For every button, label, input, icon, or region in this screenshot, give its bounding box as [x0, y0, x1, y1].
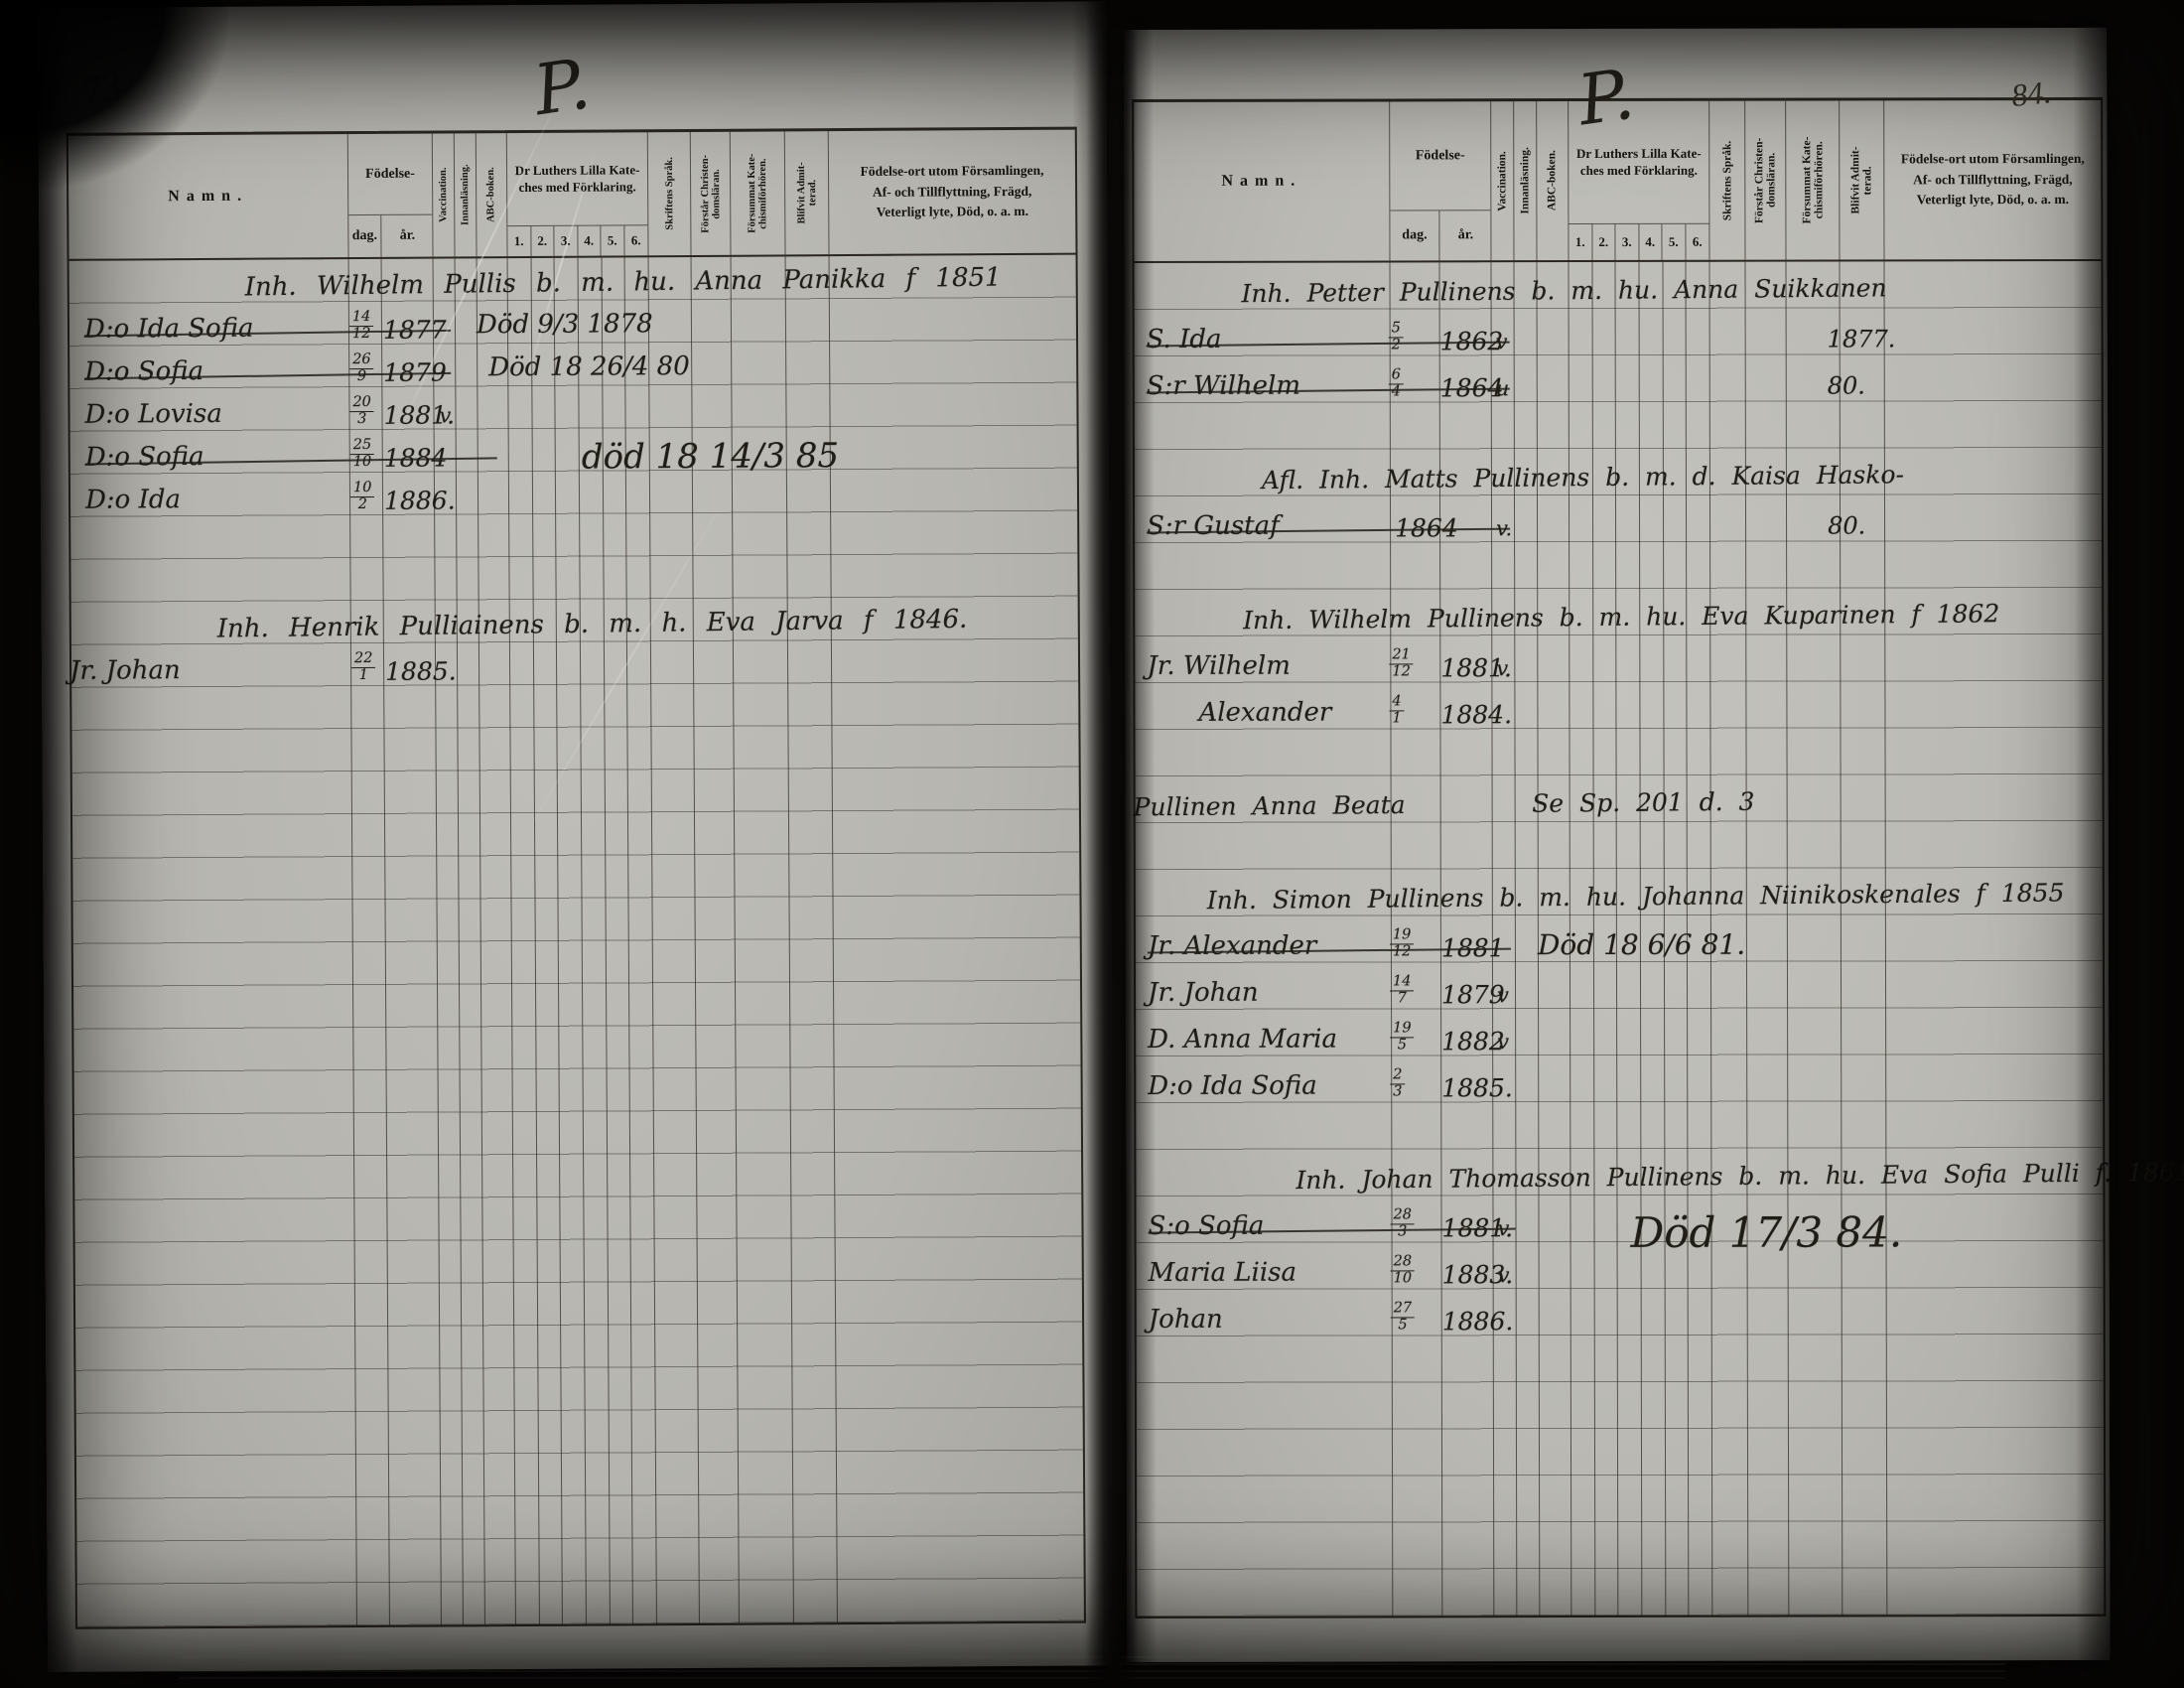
- col-remarks: Födelse-ort utom Församlingen, Af- och T…: [829, 130, 1076, 255]
- book-page-edges: [179, 1656, 2005, 1682]
- col-innanlasning: Innanläsning.: [1514, 101, 1537, 260]
- right-page: 84. P. Namn. Födelse- dag. år. Vaccinati…: [1124, 28, 2110, 1662]
- forsummat-label: Försummat Kate- chismiförhören.: [1801, 137, 1825, 224]
- register-table: Namn. Födelse- dag. år. Vaccination. Inn…: [67, 127, 1086, 1629]
- fodelse-subheader: dag. år.: [1390, 210, 1490, 260]
- col-fodelse: Födelse- dag. år.: [348, 134, 434, 258]
- dag-label: dag.: [348, 215, 381, 257]
- remarks-line3: Veterligt lyte, Död, o. a. m.: [877, 202, 1028, 223]
- body-column: [732, 256, 794, 1622]
- namn-label: Namn.: [1221, 173, 1301, 191]
- blifvit-admitterad-label: Blifvit Admit- terad.: [796, 162, 818, 223]
- col-blifvit-admitterad: Blifvit Admit- terad.: [1840, 100, 1884, 259]
- page-number: 84.: [2009, 73, 2053, 114]
- kateches-subcolumns: 1. 2. 3. 4. 5. 6.: [1569, 223, 1708, 260]
- kateches-line2: ches med Förklaring.: [519, 179, 636, 196]
- kateches-col-2: 2.: [1592, 224, 1616, 260]
- body-column: [1491, 262, 1517, 1616]
- left-page: 73 P. Namn. Födelse- dag. år. Vaccinatio…: [38, 1, 1116, 1672]
- col-forsummat: Försummat Kate- chismiförhören.: [1786, 100, 1840, 259]
- kateches-col-6: 6.: [624, 225, 648, 255]
- table-body: [69, 253, 1084, 1627]
- abc-boken-label: ABC-boken.: [485, 167, 496, 222]
- body-column: [69, 259, 357, 1627]
- col-namn: Namn.: [1134, 101, 1390, 261]
- kateches-col-2: 2.: [531, 226, 555, 256]
- body-column: [1514, 262, 1540, 1616]
- kateches-col-1: 1.: [1569, 224, 1592, 260]
- fodelse-label: Födelse-: [348, 134, 432, 215]
- section-letter: P.: [529, 43, 595, 131]
- kateches-line1: Dr Luthers Lilla Kate-: [515, 163, 640, 180]
- col-forsummat: Försummat Kate- chismiförhören.: [731, 131, 786, 254]
- remarks-line3: Veterligt lyte, Död, o. a. m.: [1917, 190, 2069, 211]
- body-column: [1787, 261, 1843, 1615]
- body-column: [1616, 262, 1643, 1616]
- kateches-col-3: 3.: [554, 226, 578, 256]
- col-forstar: Förstår Christen- domsläran.: [691, 132, 732, 255]
- body-column: [1134, 262, 1393, 1617]
- col-abc-boken: ABC-boken.: [477, 133, 508, 256]
- kateches-label: Dr Luthers Lilla Kate- ches med Förklari…: [507, 132, 648, 225]
- body-column: [1885, 261, 2105, 1615]
- abc-boken-label: ABC-boken.: [1547, 151, 1559, 211]
- ar-label: år.: [1439, 211, 1491, 260]
- col-vaccination: Vaccination.: [433, 133, 456, 256]
- col-fodelse: Födelse- dag. år.: [1390, 101, 1491, 260]
- col-abc-boken: ABC-boken.: [1537, 101, 1569, 260]
- section-letter: P.: [1573, 53, 1639, 141]
- remarks-line2: Af- och Tillflyttning, Frägd,: [873, 181, 1032, 203]
- forsummat-label: Försummat Kate- chismiförhören.: [747, 153, 769, 232]
- skriftens-sprak-label: Skriftens Språk.: [664, 157, 675, 230]
- remarks-line2: Af- och Tillflyttning, Frägd,: [1913, 170, 2072, 191]
- col-skriftens-sprak: Skriftens Språk.: [648, 132, 692, 255]
- innanlasning-label: Innanläsning.: [460, 165, 471, 226]
- body-column: [1592, 262, 1619, 1616]
- scanned-book-photo: 73 P. Namn. Födelse- dag. år. Vaccinatio…: [0, 0, 2184, 1688]
- kateches-col-1: 1.: [507, 226, 531, 256]
- remarks-line1: Födelse-ort utom Församlingen,: [1901, 149, 2085, 170]
- body-column: [1640, 262, 1667, 1616]
- forstar-label: Förstår Christen- domsläran.: [1753, 137, 1777, 222]
- kateches-col-4: 4.: [578, 226, 602, 256]
- kateches-line2: ches med Förklaring.: [1580, 162, 1698, 178]
- kateches-col-3: 3.: [1615, 224, 1639, 260]
- body-column: [1537, 262, 1571, 1616]
- body-column: [1710, 262, 1749, 1616]
- table-body: [1134, 259, 2104, 1617]
- dag-label: dag.: [1390, 211, 1439, 260]
- kateches-col-5: 5.: [1662, 224, 1686, 260]
- col-vaccination: Vaccination.: [1491, 101, 1514, 260]
- col-namn: Namn.: [68, 134, 349, 259]
- innanlasning-label: Innanläsning.: [1519, 147, 1531, 213]
- col-kateches: Dr Luthers Lilla Kate- ches med Förklari…: [507, 132, 649, 256]
- col-skriftens-sprak: Skriftens Språk.: [1709, 101, 1745, 260]
- skriftens-sprak-label: Skriftens Språk.: [1721, 140, 1733, 220]
- col-remarks: Födelse-ort utom Församlingen, Af- och T…: [1884, 100, 2101, 259]
- kateches-col-4: 4.: [1639, 224, 1663, 260]
- body-column: [1569, 262, 1595, 1616]
- remarks-line1: Födelse-ort utom Församlingen,: [861, 160, 1044, 182]
- fodelse-subheader: dag. år.: [348, 214, 432, 258]
- kateches-line1: Dr Luthers Lilla Kate-: [1576, 146, 1702, 163]
- kateches-col-6: 6.: [1686, 224, 1709, 260]
- forstar-label: Förstår Christen- domsläran.: [700, 154, 723, 232]
- kateches-subcolumns: 1. 2. 3. 4. 5. 6.: [507, 224, 647, 256]
- kateches-col-5: 5.: [601, 225, 624, 255]
- namn-label: Namn.: [168, 188, 248, 206]
- body-column: [830, 255, 1084, 1622]
- body-column: [1687, 262, 1713, 1616]
- vaccination-label: Vaccination.: [1496, 151, 1508, 211]
- register-table: Namn. Födelse- dag. år. Vaccination. Inn…: [1132, 97, 2106, 1618]
- fodelse-label: Födelse-: [1390, 101, 1490, 210]
- body-column: [1663, 262, 1690, 1616]
- col-blifvit-admitterad: Blifvit Admit- terad.: [785, 131, 830, 254]
- page-number: 73: [77, 62, 126, 115]
- ar-label: år.: [381, 215, 433, 257]
- table-header: Namn. Födelse- dag. år. Vaccination. Inn…: [68, 130, 1076, 259]
- body-column: [1841, 261, 1888, 1615]
- body-column: [1390, 262, 1442, 1616]
- col-forstar: Förstår Christen- domsläran.: [1745, 101, 1786, 260]
- body-column: [382, 259, 442, 1625]
- blifvit-admitterad-label: Blifvit Admit- terad.: [1849, 146, 1873, 213]
- col-innanlasning: Innanläsning.: [455, 133, 478, 256]
- vaccination-label: Vaccination.: [438, 168, 449, 222]
- body-column: [1746, 262, 1790, 1616]
- body-column: [1439, 262, 1494, 1616]
